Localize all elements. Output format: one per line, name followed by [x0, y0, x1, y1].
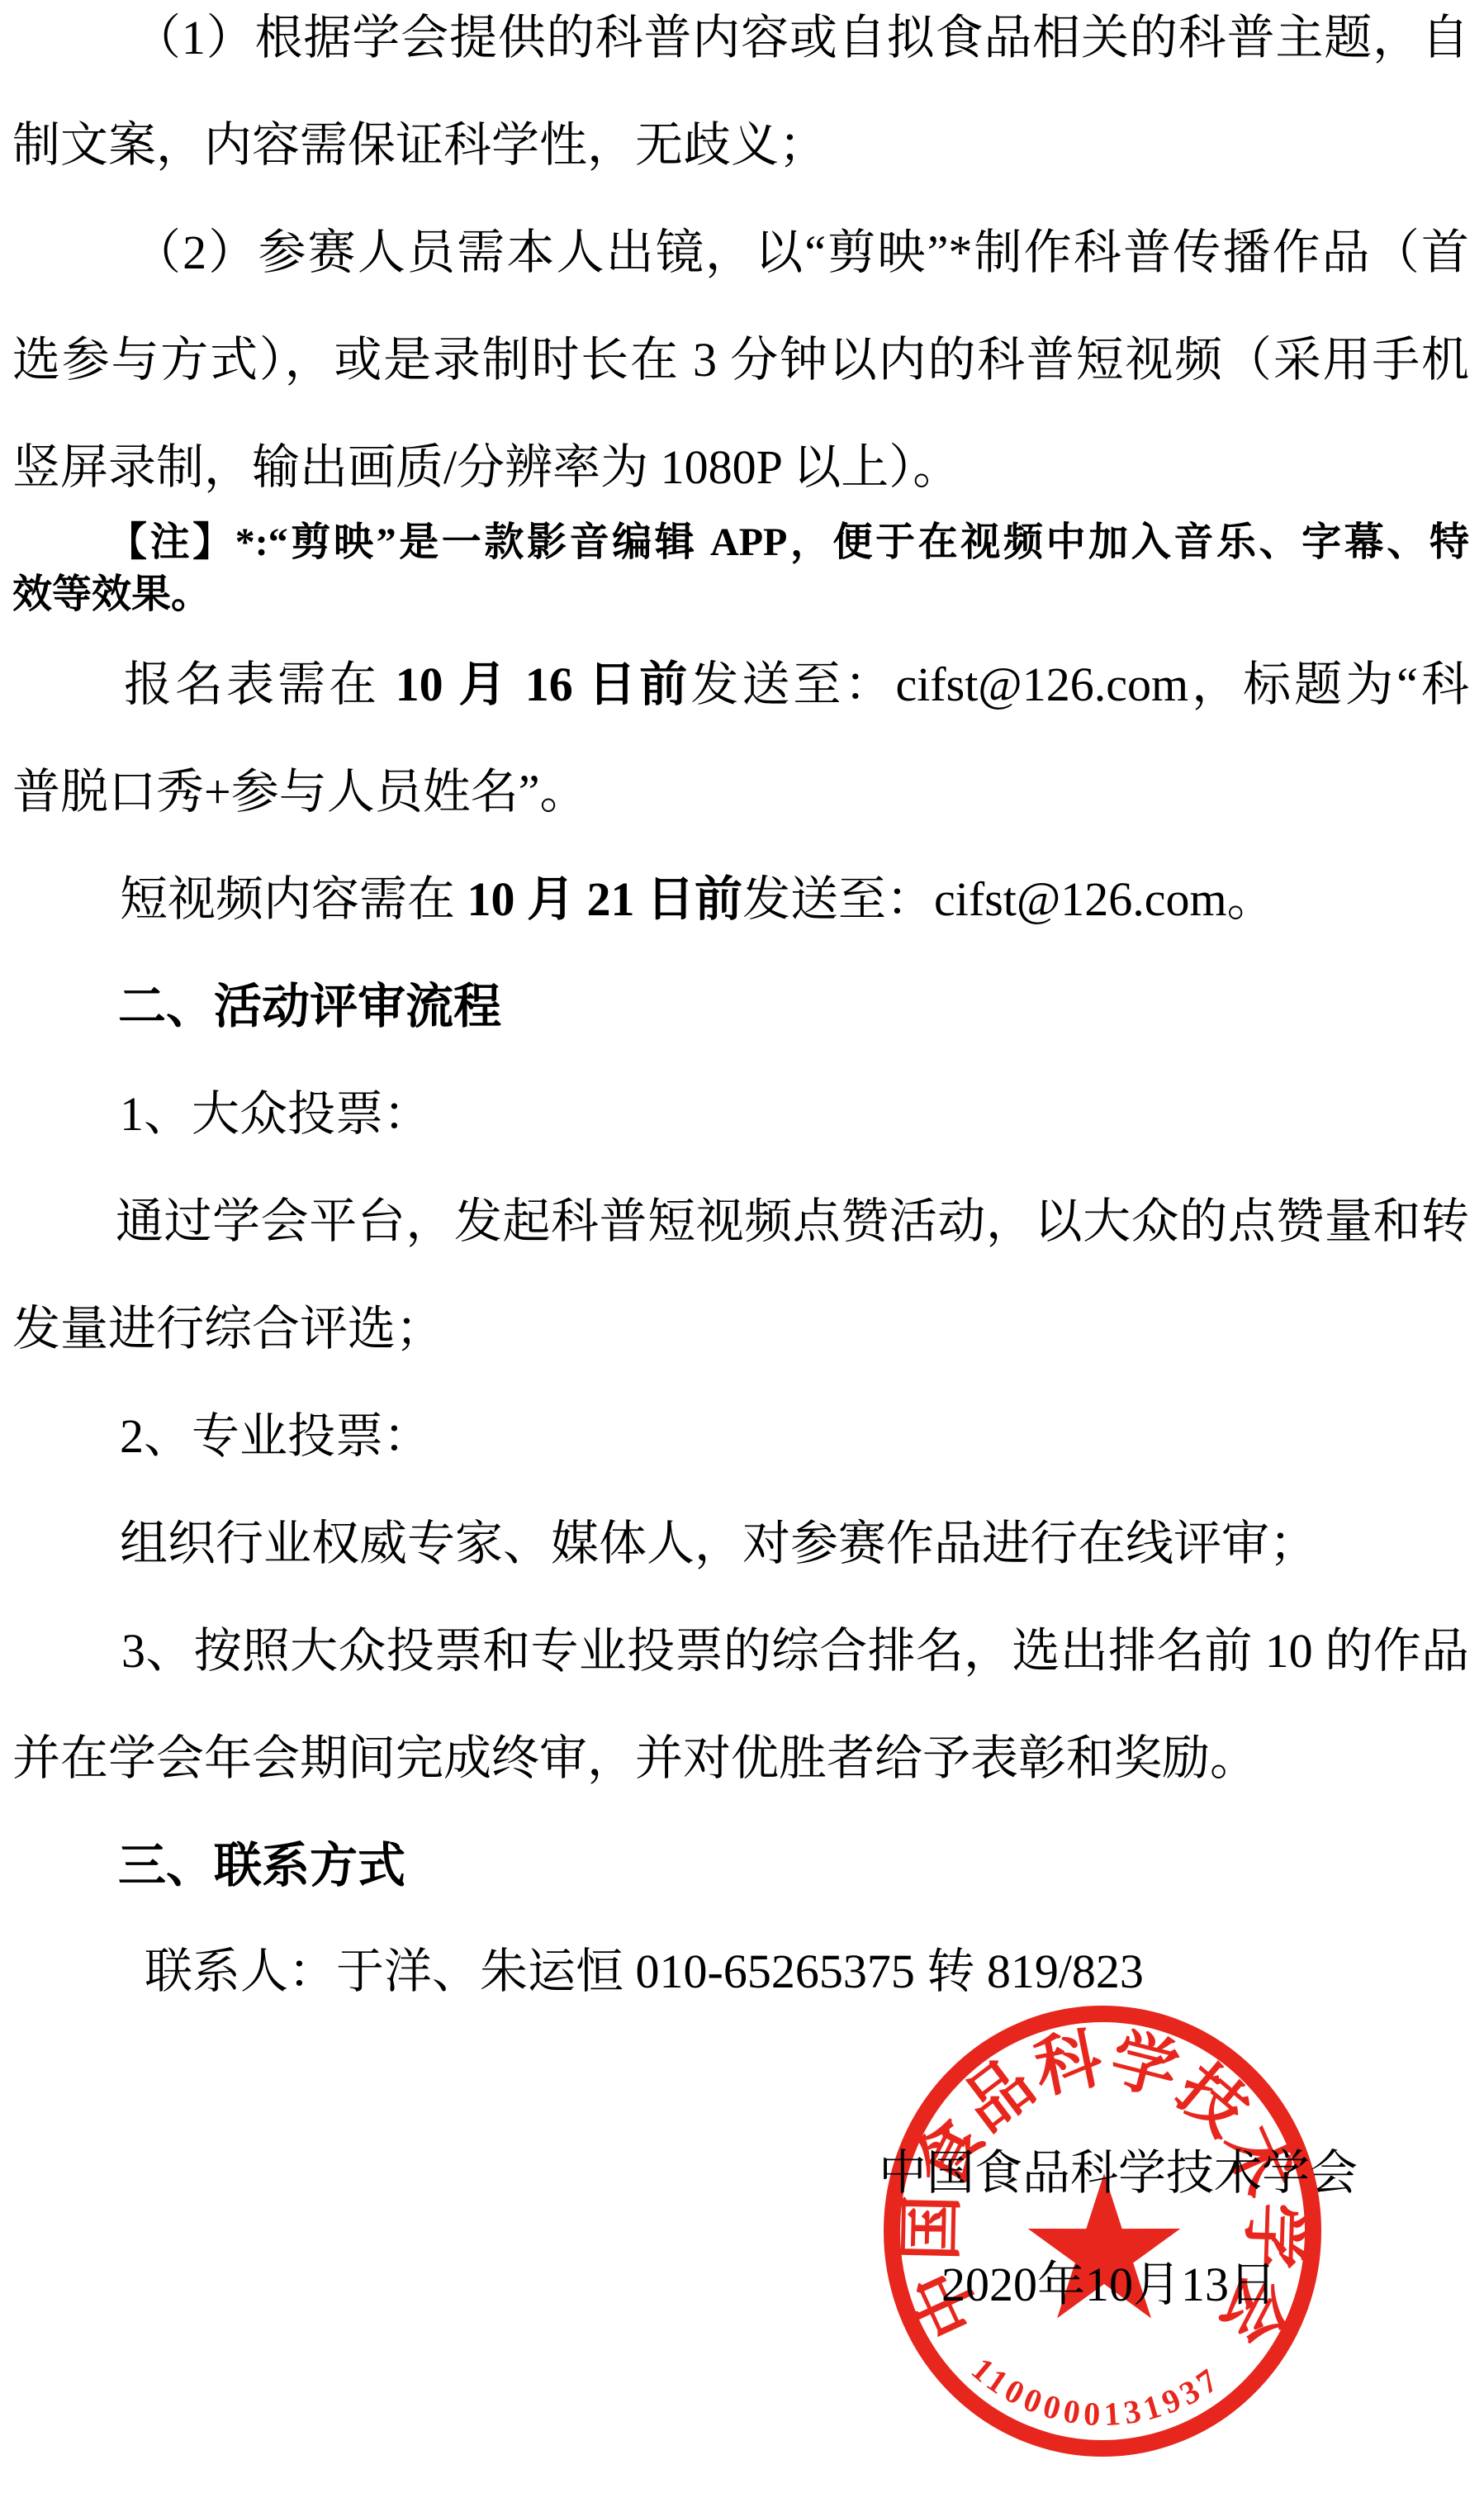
text-segment: 普脱口秀+参与人员姓名”。: [12, 765, 587, 819]
text-segment: 短视频内容需在: [120, 872, 467, 926]
text-segment: 三、联系方式: [118, 1839, 405, 1892]
text-segment: 并在学会年会期间完成终审，并对优胜者给予表彰和奖励。: [12, 1731, 1258, 1785]
text-segment: 竖屏录制，输出画质/分辨率为 1080P 以上）。: [12, 440, 960, 494]
text-segment: （2）参赛人员需本人出镜，以“剪映”*制作科普传播作品（首: [133, 226, 1469, 279]
document-page: （1）根据学会提供的科普内容或自拟食品相关的科普主题，自制文案，内容需保证科学性…: [0, 0, 1484, 2493]
text-line-7: 效等效果。: [12, 569, 1469, 620]
text-segment: 发送至：cifst@126.com，标题为“科: [690, 658, 1469, 711]
text-line-15: 2、专业投票：: [12, 1405, 1469, 1468]
text-line-14: 发量进行综合评选；: [12, 1298, 1469, 1360]
text-segment: 效等效果。: [12, 572, 211, 616]
text-line-11: 二、活动评审流程: [12, 976, 1469, 1038]
text-segment: 发量进行综合评选；: [12, 1302, 443, 1356]
text-line-1: （1）根据学会提供的科普内容或自拟食品相关的科普主题，自: [12, 7, 1469, 69]
text-segment: 组织行业权威专家、媒体人，对参赛作品进行在线评审；: [120, 1517, 1317, 1570]
star-icon: [1028, 2173, 1181, 2319]
text-line-3: （2）参赛人员需本人出镜，以“剪映”*制作科普传播作品（首: [12, 221, 1469, 284]
text-segment: 二、活动评审流程: [118, 980, 501, 1033]
text-line-10: 短视频内容需在 10 月 21 日前发送至：cifst@126.com。: [12, 868, 1469, 931]
text-segment: 选参与方式），或是录制时长在 3 分钟以内的科普短视频（采用手机: [12, 333, 1469, 387]
text-line-2: 制文案，内容需保证科学性，无歧义；: [12, 114, 1469, 177]
text-line-18: 并在学会年会期间完成终审，并对优胜者给予表彰和奖励。: [12, 1727, 1469, 1790]
text-segment: 2、专业投票：: [120, 1409, 431, 1463]
text-line-13: 通过学会平台，发起科普短视频点赞活动，以大众的点赞量和转: [12, 1190, 1469, 1253]
text-line-5: 竖屏录制，输出画质/分辨率为 1080P 以上）。: [12, 436, 1469, 499]
text-line-17: 3、按照大众投票和专业投票的综合排名，选出排名前 10 的作品: [12, 1620, 1469, 1683]
text-line-9: 普脱口秀+参与人员姓名”。: [12, 761, 1469, 824]
text-segment: 【注】*:“剪映”是一款影音编辑 APP，便于在视频中加入音乐、字幕、特: [107, 520, 1469, 564]
official-seal: 中国食品科学技术学会 1100000131937: [871, 1992, 1334, 2472]
text-segment: 发送至：cifst@126.com。: [742, 872, 1275, 926]
text-line-12: 1、大众投票：: [12, 1083, 1469, 1146]
text-line-8: 报名表需在 10 月 16 日前发送至：cifst@126.com，标题为“科: [12, 653, 1469, 716]
text-segment: （1）根据学会提供的科普内容或自拟食品相关的科普主题，自: [133, 11, 1469, 64]
text-line-19: 三、联系方式: [12, 1835, 1469, 1897]
text-segment: 通过学会平台，发起科普短视频点赞活动，以大众的点赞量和转: [116, 1194, 1469, 1248]
text-segment: 3、按照大众投票和专业投票的综合排名，选出排名前 10 的作品: [121, 1624, 1469, 1678]
text-segment: 制文案，内容需保证科学性，无歧义；: [12, 118, 827, 172]
text-segment: 报名表需在: [124, 658, 396, 711]
text-line-6: 【注】*:“剪映”是一款影音编辑 APP，便于在视频中加入音乐、字幕、特: [12, 517, 1469, 568]
text-segment: 联系人：于洋、朱运恒 010-65265375 转 819/823: [145, 1945, 1144, 1998]
text-segment: 10 月 21 日前: [467, 872, 743, 926]
text-line-16: 组织行业权威专家、媒体人，对参赛作品进行在线评审；: [12, 1512, 1469, 1575]
text-segment: 10 月 16 日前: [396, 658, 691, 711]
text-segment: 1、大众投票：: [120, 1087, 431, 1141]
text-line-4: 选参与方式），或是录制时长在 3 分钟以内的科普短视频（采用手机: [12, 329, 1469, 392]
